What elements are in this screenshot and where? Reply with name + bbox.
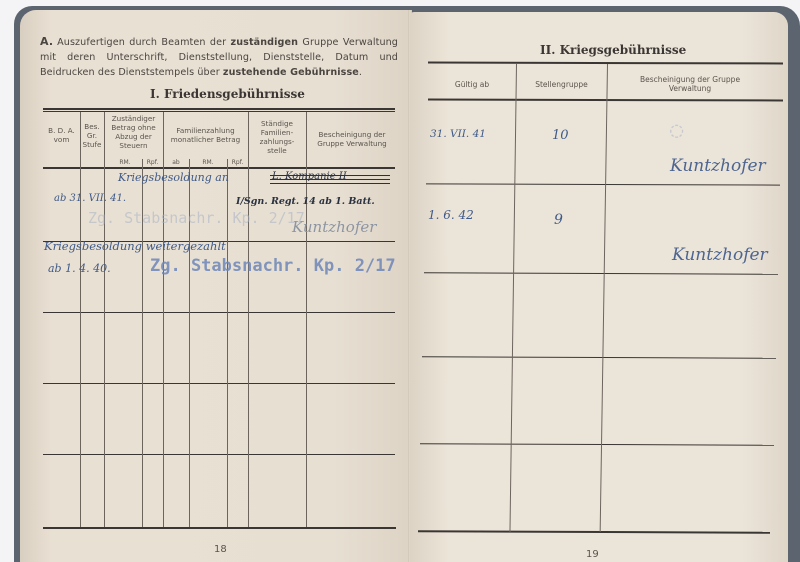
handwritten-date: ab 31. VII. 41. — [54, 193, 126, 204]
col-header-bescheinigung: Bescheinigung der Gruppe Verwaltung — [310, 130, 394, 148]
instruction-text: Auszufertigen durch Beamten der — [57, 37, 230, 48]
table-bottom-rule — [43, 527, 396, 529]
row-stellengruppe: 10 — [552, 128, 569, 143]
row-rule — [43, 312, 395, 313]
col-header-bescheinigung: Bescheinigung der Gruppe Verwaltung — [630, 75, 750, 93]
unit-stamp: Zg. Stabsnachr. Kp. 2/17 — [150, 256, 396, 276]
strikethrough-line — [270, 179, 390, 180]
col-sub-rm: RM. — [108, 158, 142, 167]
col-header-gueltig: Gültig ab — [428, 80, 516, 89]
col-header-betrag: Zuständiger Betrag ohne Abzug der Steuer… — [104, 114, 163, 150]
page-19 — [410, 12, 788, 562]
faint-round-stamp: ◌ — [670, 118, 683, 143]
signature: Kuntzhofer — [670, 156, 766, 176]
page-number: 18 — [214, 544, 227, 555]
col-header-familien: Familienzahlung monatlicher Betrag — [163, 126, 248, 144]
handwritten-date: ab 1. 4. 40. — [48, 262, 111, 275]
handwritten-kriegsbesoldung: Kriegsbesoldung an — [118, 171, 229, 184]
instruction-marker: A. — [40, 35, 53, 48]
col-header-bes: Bes. Gr. Stufe — [80, 122, 104, 149]
column-divider — [104, 112, 105, 527]
header-bottom-rule — [43, 167, 395, 169]
col-sub-rpf: Rpf. — [142, 158, 163, 167]
strikethrough-line — [270, 175, 390, 176]
struck-text: L. Kompanie II — [272, 171, 347, 182]
section-title-war: II. Kriegsgebührnisse — [540, 43, 686, 57]
col-header-staendige: Ständige Familien-zahlungs-stelle — [252, 119, 302, 155]
row-stellengruppe: 9 — [554, 212, 563, 228]
strikethrough-line — [270, 183, 390, 184]
column-divider — [80, 112, 81, 527]
signature: Kuntzhofer — [672, 245, 768, 265]
instruction-paragraph: A.Auszufertigen durch Beamten der zustän… — [40, 34, 398, 80]
row-rule — [43, 383, 395, 384]
faint-stamp: Zg. Stabsnachr. Kp. 2/17 — [88, 209, 305, 227]
instruction-text: . — [359, 67, 362, 78]
instruction-bold: zuständigen — [231, 37, 298, 48]
col-header-bda: B. D. A. vom — [43, 126, 80, 144]
handwritten-unit: I/Sgn. Regt. 14 ab 1. Batt. — [236, 196, 375, 207]
col-sub-rpf: Rpf. — [227, 158, 248, 167]
section-title-peace: I. Friedensgebührnisse — [150, 87, 305, 101]
instruction-bold: zustehende Gebührnisse — [223, 67, 359, 78]
table-top-rule — [43, 108, 395, 110]
col-header-stellengruppe: Stellengruppe — [516, 80, 607, 89]
col-sub-ab: ab — [163, 158, 189, 167]
table-top-rule — [43, 111, 395, 112]
column-divider — [248, 112, 249, 527]
handwritten-kriegsbesoldung: Kriegsbesoldung weitergezahlt — [44, 239, 226, 253]
row-date: 31. VII. 41 — [430, 128, 486, 140]
row-date: 1. 6. 42 — [428, 208, 474, 222]
page-number: 19 — [586, 549, 599, 560]
row-rule — [43, 454, 395, 455]
signature: Kuntzhofer — [292, 218, 376, 236]
col-sub-rm: RM. — [189, 158, 227, 167]
